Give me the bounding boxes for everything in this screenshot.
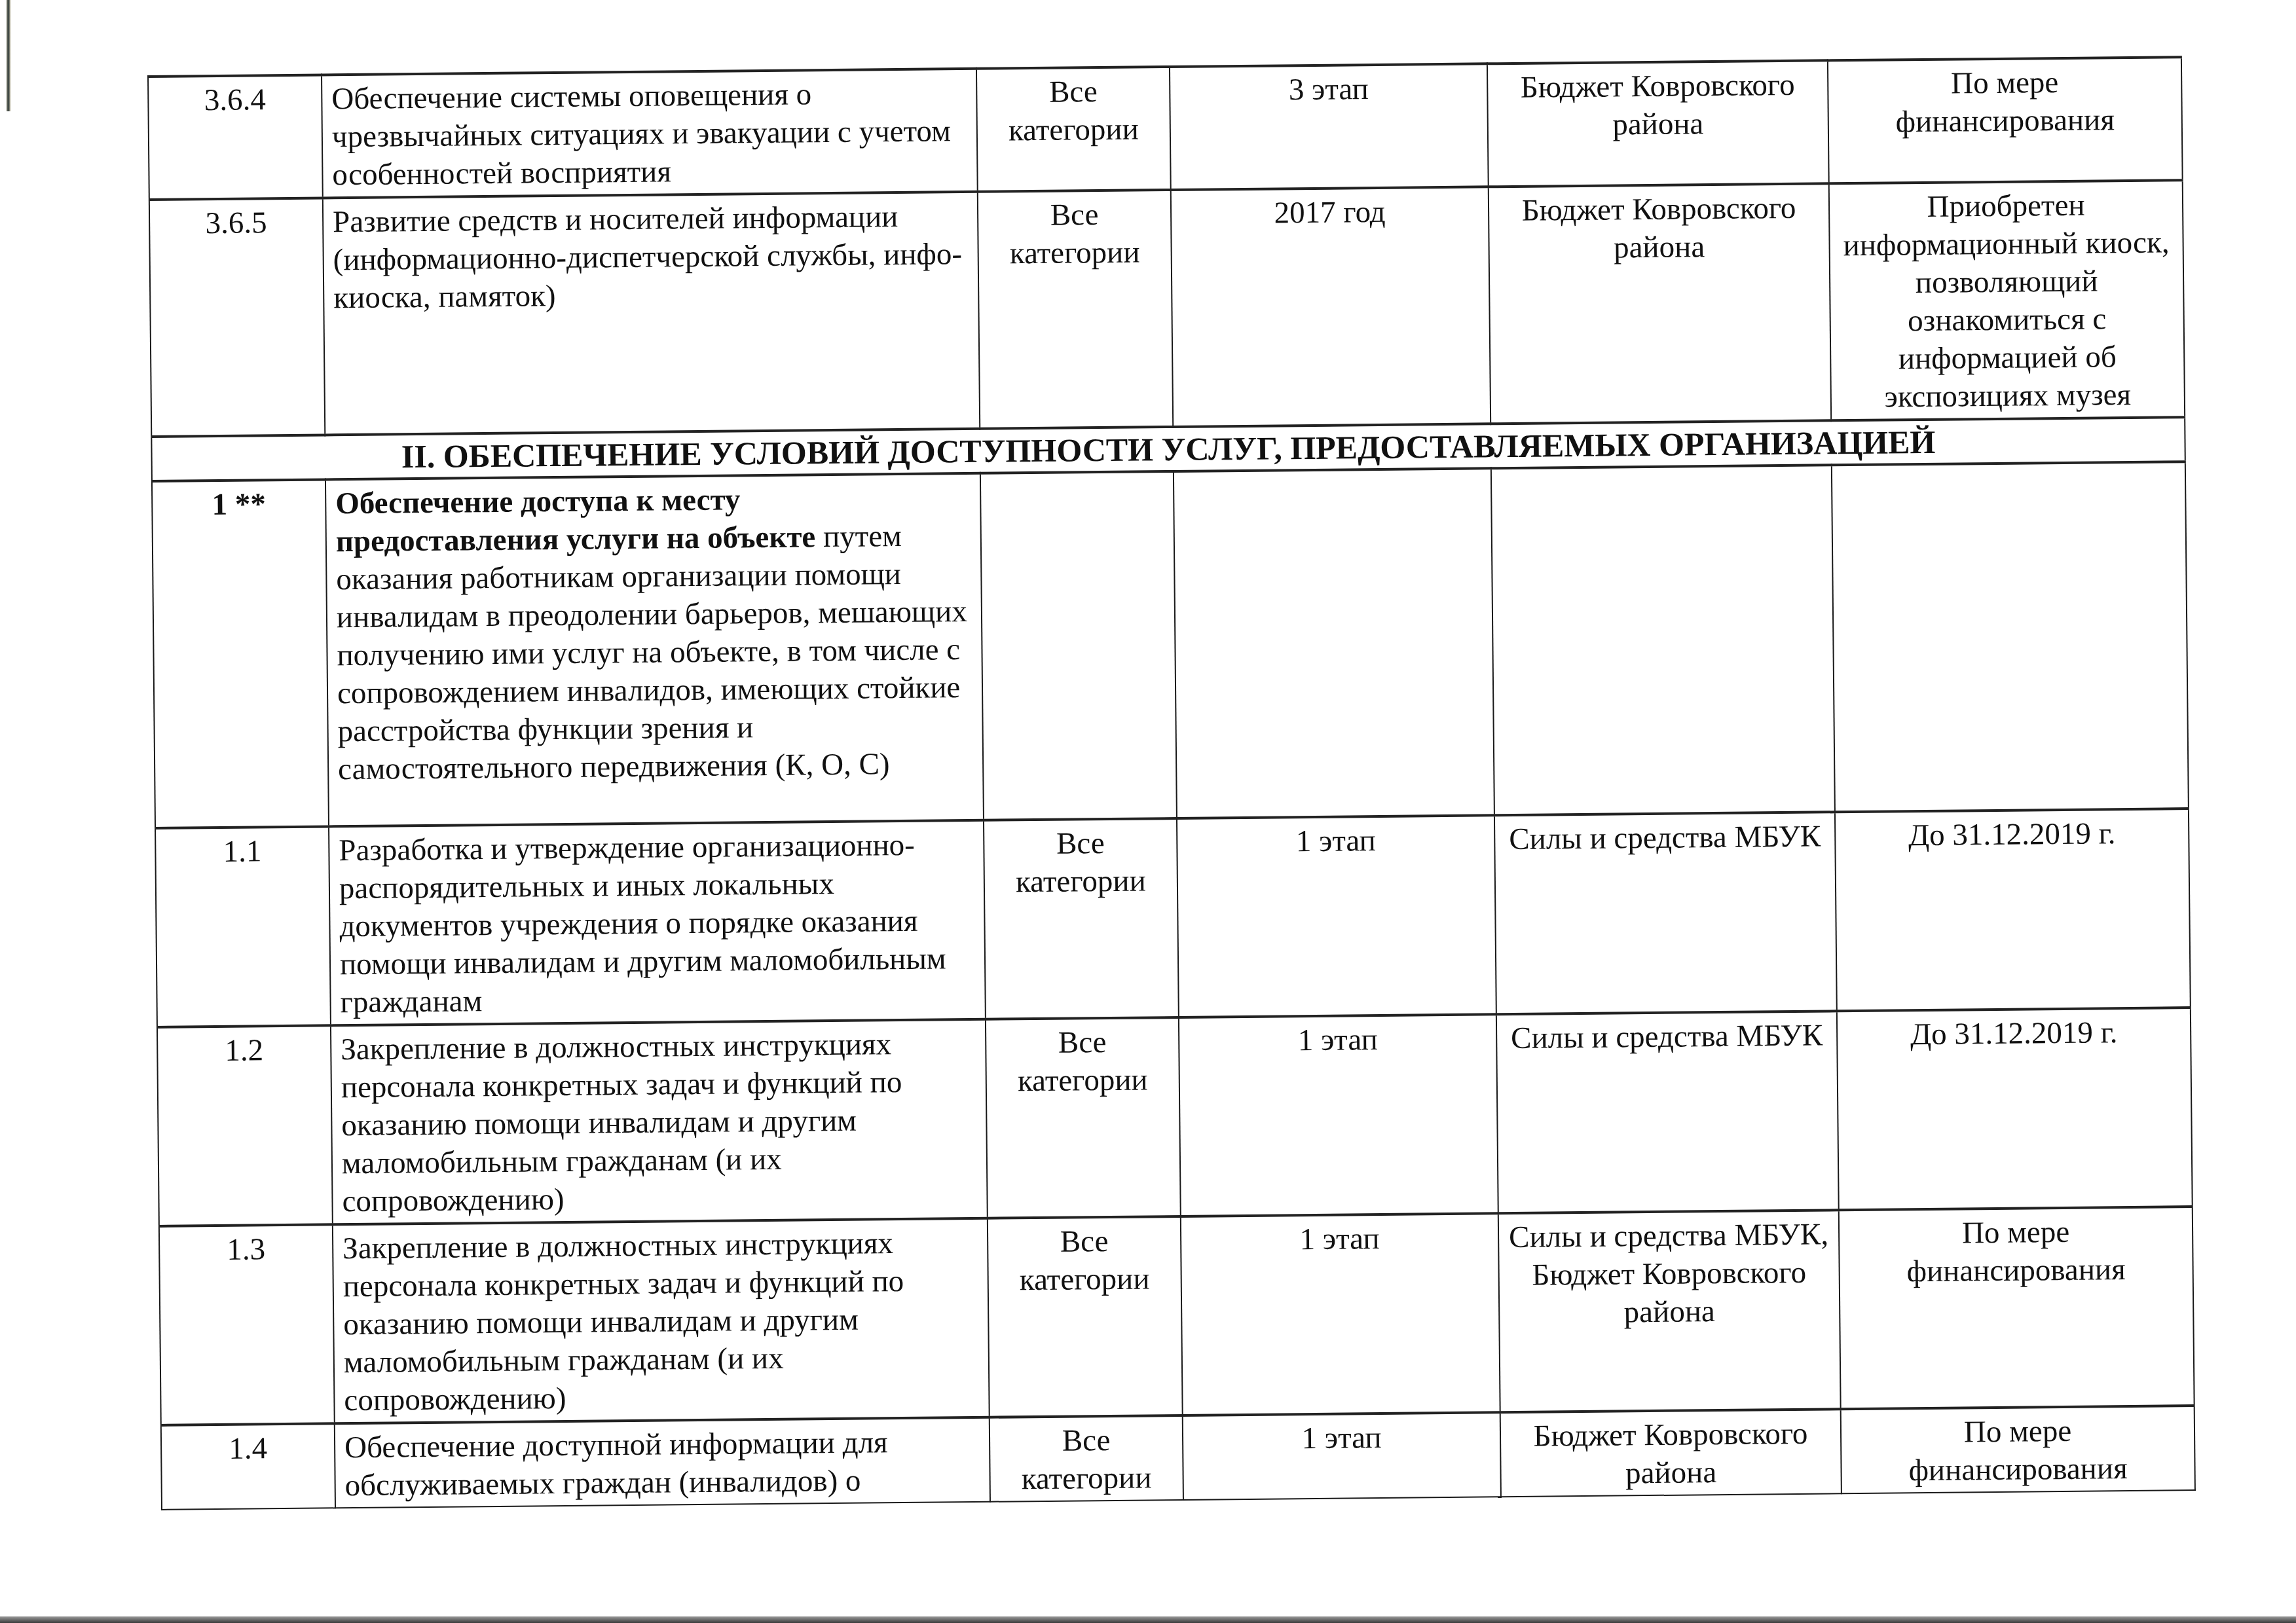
measure-text: Обеспечение доступной информации для обс…: [335, 1417, 990, 1508]
measures-table: 3.6.4 Обеспечение системы оповещения о ч…: [147, 56, 2196, 1510]
scan-bottom-edge: [0, 1616, 2296, 1623]
funding-source-cell: Бюджет Ковровского района: [1487, 60, 1829, 187]
funding-source-cell: Силы и средства МБУК: [1494, 812, 1837, 1014]
table-row: 1.2 Закрепление в должностных инструкция…: [157, 1008, 2193, 1226]
stage-cell: 2017 год: [1171, 187, 1491, 427]
table-row: 1.1 Разработка и утверждение организацио…: [155, 809, 2191, 1027]
deadline-cell: До 31.12.2019 г.: [1837, 1008, 2193, 1210]
row-number: 1.3: [159, 1224, 335, 1425]
stage-cell: 1 этап: [1181, 1213, 1500, 1415]
stage-cell: 1 этап: [1179, 1014, 1498, 1216]
deadline-cell: По мере финансирования: [1828, 57, 2183, 183]
measure-text: Закрепление в должностных инструкциях пе…: [333, 1218, 990, 1424]
measure-text: Развитие средств и носителей информации …: [323, 192, 980, 435]
funding-source-cell: Силы и средства МБУК, Бюджет Ковровского…: [1498, 1210, 1841, 1412]
stage-cell: 1 этап: [1183, 1412, 1501, 1500]
scan-page-edge: [7, 0, 10, 111]
empty-cell: [1174, 468, 1494, 818]
document-sheet: 3.6.4 Обеспечение системы оповещения о ч…: [147, 56, 2194, 1510]
row-number: 1.2: [157, 1025, 333, 1226]
table-row: 1.3 Закрепление в должностных инструкция…: [159, 1207, 2194, 1425]
stage-cell: 3 этап: [1170, 64, 1489, 190]
funding-source-cell: Бюджет Ковровского района: [1500, 1409, 1842, 1497]
row-number: 3.6.4: [148, 75, 323, 200]
row-number: 1.1: [155, 826, 331, 1027]
group-measure-rest: путем оказания работникам организации по…: [336, 519, 967, 786]
row-number: 1.4: [161, 1423, 335, 1510]
funding-source-cell: Силы и средства МБУК: [1496, 1011, 1839, 1213]
group-number: 1 **: [152, 479, 329, 828]
table-row: 3.6.4 Обеспечение системы оповещения о ч…: [148, 57, 2183, 200]
table-row-group: 1 ** Обеспечение доступа к месту предост…: [152, 462, 2189, 828]
empty-cell: [1491, 465, 1835, 815]
category-cell: Все категории: [984, 818, 1179, 1019]
measure-text: Разработка и утверждение организационно-…: [329, 820, 986, 1026]
group-measure-bold: Обеспечение доступа к месту предоставлен…: [335, 483, 816, 558]
row-number: 3.6.5: [149, 198, 325, 437]
deadline-cell: До 31.12.2019 г.: [1835, 809, 2191, 1011]
measure-text: Закрепление в должностных инструкциях пе…: [331, 1019, 988, 1225]
deadline-cell: Приобретен информационный киоск, позволя…: [1829, 180, 2185, 420]
category-cell: Все категории: [986, 1017, 1181, 1218]
category-cell: Все категории: [990, 1415, 1183, 1502]
empty-cell: [1832, 462, 2189, 812]
deadline-cell: По мере финансирования: [1841, 1406, 2195, 1493]
table-row: 3.6.5 Развитие средств и носителей инфор…: [149, 180, 2185, 437]
category-cell: Все категории: [988, 1216, 1183, 1417]
deadline-cell: По мере финансирования: [1839, 1207, 2194, 1409]
group-measure-text: Обеспечение доступа к месту предоставлен…: [325, 473, 984, 827]
category-cell: Все категории: [978, 190, 1173, 429]
stage-cell: 1 этап: [1177, 815, 1496, 1017]
measure-text: Обеспечение системы оповещения о чрезвыч…: [322, 69, 978, 198]
funding-source-cell: Бюджет Ковровского района: [1489, 183, 1831, 424]
category-cell: Все категории: [976, 67, 1171, 192]
empty-cell: [980, 471, 1177, 820]
